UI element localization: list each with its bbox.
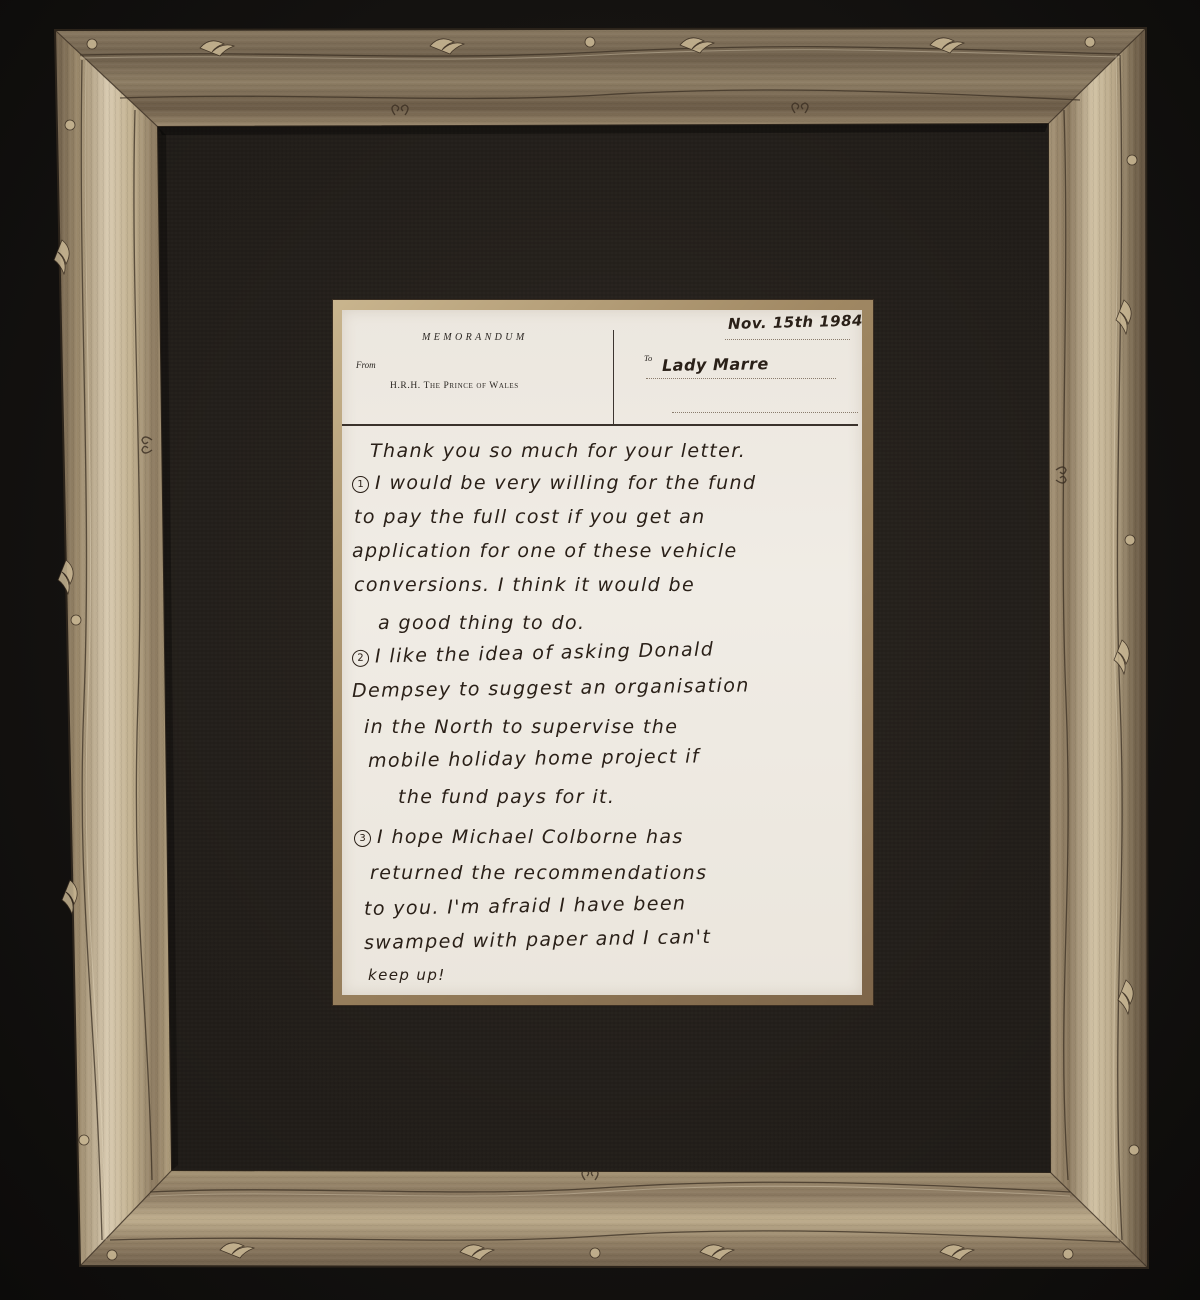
letterhead-divider (613, 330, 614, 426)
blank-dotted-line (672, 412, 858, 413)
framed-memorandum-photo: MEMORANDUM From H.R.H. The Prince of Wal… (0, 0, 1200, 1300)
memorandum-paper: MEMORANDUM From H.R.H. The Prince of Wal… (342, 310, 862, 995)
body-line-12: 3I hope Michael Colborne has (354, 826, 684, 848)
body-line-2: 1I would be very willing for the fund (352, 472, 756, 494)
letterhead-rule (342, 424, 858, 426)
body-line-6: a good thing to do. (378, 612, 585, 634)
body-line-8: Dempsey to suggest an organisation (352, 674, 750, 702)
memo-title: MEMORANDUM (422, 332, 528, 343)
point-number-2: 2 (352, 650, 369, 667)
body-line-1: Thank you so much for your letter. (370, 440, 746, 462)
body-line-13: returned the recommendations (370, 862, 707, 884)
point-number-1: 1 (352, 476, 369, 493)
recipient-dotted-line (646, 378, 836, 379)
body-line-16: keep up! (368, 966, 446, 984)
body-line-3: to pay the full cost if you get an (354, 506, 706, 528)
body-line-4: application for one of these vehicle (352, 540, 738, 562)
body-line-10: mobile holiday home project if (368, 745, 700, 772)
memo-to-label: To (644, 353, 652, 363)
body-line-11: the fund pays for it. (398, 786, 615, 808)
body-line-7: 2I like the idea of asking Donald (352, 638, 715, 668)
memo-from-label: From (356, 360, 376, 370)
body-line-9: in the North to supervise the (364, 716, 678, 738)
handwritten-date: Nov. 15th 1984 (728, 311, 862, 333)
memo-from-name: H.R.H. The Prince of Wales (390, 381, 519, 391)
body-line-15: swamped with paper and I can't (364, 926, 712, 954)
date-dotted-line (725, 339, 850, 340)
body-line-14: to you. I'm afraid I have been (364, 892, 687, 920)
handwritten-recipient: Lady Marre (662, 354, 769, 375)
body-line-5: conversions. I think it would be (354, 574, 695, 596)
point-number-3: 3 (354, 830, 371, 847)
